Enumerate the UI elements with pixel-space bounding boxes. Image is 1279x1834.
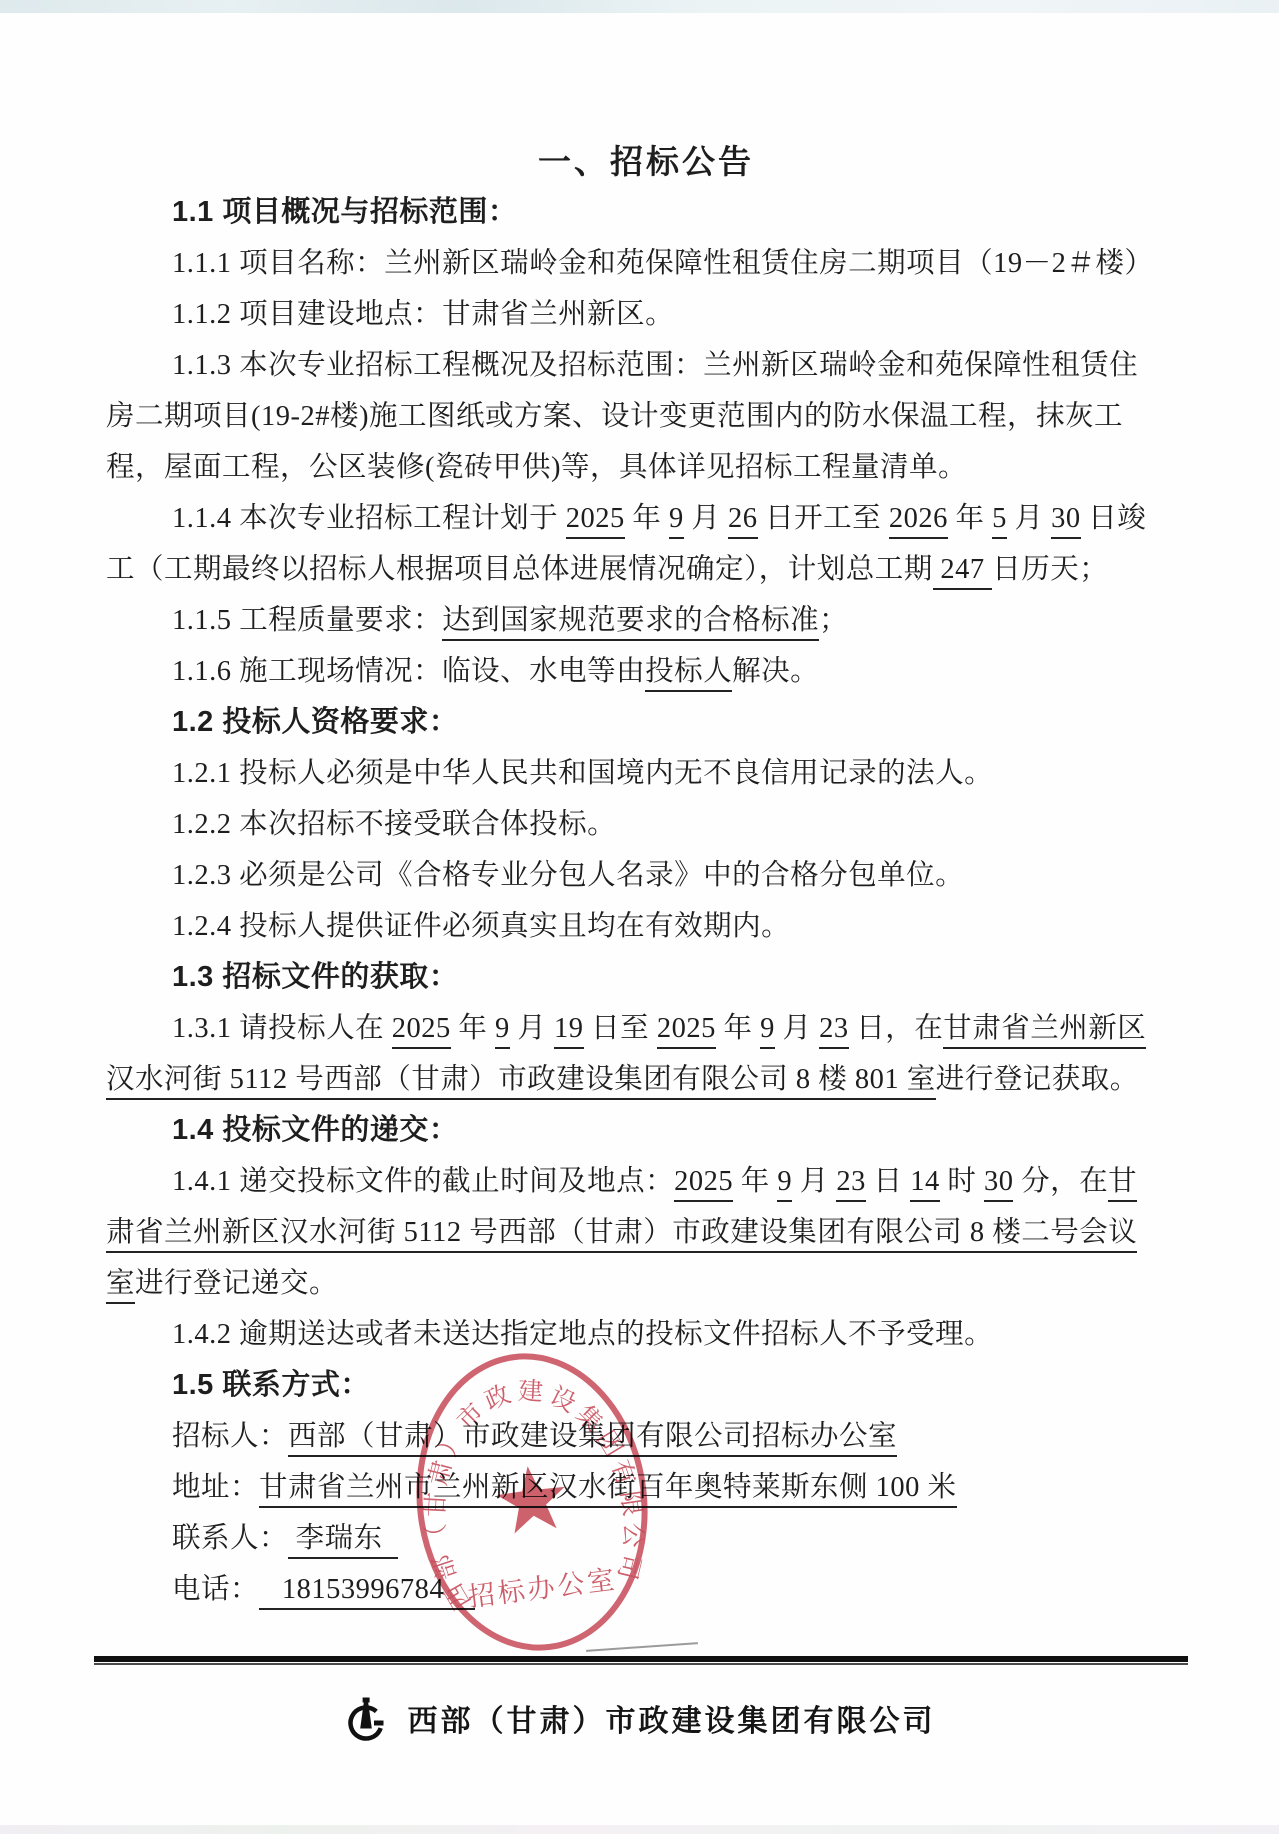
text-run: 1.4 投标文件的递交：: [172, 1114, 458, 1146]
underlined-text-run: 14: [910, 1166, 940, 1202]
doc-line: 1.3.1 请投标人在 2025 年 9 月 19 日至 2025 年 9 月 …: [106, 1003, 1186, 1054]
underlined-text-run: 2026: [889, 503, 948, 539]
text-run: 分，在: [1013, 1166, 1108, 1197]
underlined-text-run: 2025: [674, 1166, 733, 1202]
text-run: 月: [510, 1013, 554, 1044]
text-run: 日开工至: [758, 503, 889, 534]
underlined-text-run: 汉水河街 5112 号西部（甘肃）市政建设集团有限公司 8 楼 801 室: [106, 1064, 936, 1100]
text-run: 月: [792, 1166, 836, 1197]
text-run: 年: [625, 503, 669, 534]
underlined-text-run: 23: [819, 1013, 849, 1049]
text-run: 联系人：: [172, 1523, 288, 1554]
doc-line: 1.4.1 递交投标文件的截止时间及地点：2025 年 9 月 23 日 14 …: [106, 1156, 1186, 1207]
doc-line: 1.1.6 施工现场情况：临设、水电等由投标人解决。: [106, 646, 1186, 697]
doc-line: 一、招标公告: [106, 136, 1186, 187]
underlined-text-run: 9: [495, 1013, 510, 1049]
doc-line: 1.2.2 本次招标不接受联合体投标。: [106, 799, 1186, 850]
text-run: 1.2.3 必须是公司《合格专业分包人名录》中的合格分包单位。: [172, 860, 964, 891]
text-run: 房二期项目(19-2#楼)施工图纸或方案、设计变更范围内的防水保温工程，抹灰工: [106, 401, 1123, 432]
underlined-text-run: 甘肃省兰州新区: [943, 1013, 1146, 1049]
underlined-text-run: 9: [760, 1013, 775, 1049]
text-run: 1.3 招标文件的获取：: [172, 961, 458, 993]
text-run: 日竣: [1081, 503, 1147, 534]
underlined-text-run: 肃省兰州新区汉水河街 5112 号西部（甘肃）市政建设集团有限公司 8 楼二号会…: [106, 1217, 1137, 1253]
text-run: 月: [1007, 503, 1051, 534]
text-run: 1.2 投标人资格要求：: [172, 706, 458, 738]
doc-line: 1.3 招标文件的获取：: [106, 952, 1186, 1003]
text-run: 1.1.4 本次专业招标工程计划于: [172, 503, 566, 534]
text-run: 月: [775, 1013, 819, 1044]
text-run: 年: [716, 1013, 760, 1044]
footer-divider-thin-line: [94, 1663, 1188, 1665]
footer-divider-thick-line: [94, 1656, 1188, 1662]
underlined-text-run: 达到国家规范要求的合格标准: [442, 605, 819, 641]
document-body: 一、招标公告1.1 项目概况与招标范围：1.1.1 项目名称：兰州新区瑞岭金和苑…: [106, 0, 1186, 1615]
text-run: ；: [819, 605, 848, 636]
doc-line: 1.4.2 逾期送达或者未送达指定地点的投标文件招标人不予受理。: [106, 1309, 1186, 1360]
doc-line: 1.4 投标文件的递交：: [106, 1105, 1186, 1156]
doc-line: 1.5 联系方式：: [106, 1360, 1186, 1411]
text-run: 年: [948, 503, 992, 534]
doc-line: 1.1.5 工程质量要求：达到国家规范要求的合格标准；: [106, 595, 1186, 646]
page-footer: 西部（甘肃）市政建设集团有限公司: [0, 1694, 1279, 1742]
text-run: 1.5 联系方式：: [172, 1369, 370, 1401]
underlined-text-run: 26: [728, 503, 758, 539]
doc-line: 1.1.4 本次专业招标工程计划于 2025 年 9 月 26 日开工至 202…: [106, 493, 1186, 544]
underlined-text-run: 2025: [657, 1013, 716, 1049]
scanned-tender-page: 一、招标公告1.1 项目概况与招标范围：1.1.1 项目名称：兰州新区瑞岭金和苑…: [0, 0, 1279, 1834]
text-run: 1.1.3 本次专业招标工程概况及招标范围：兰州新区瑞岭金和苑保障性租赁住: [172, 350, 1138, 381]
doc-line: 1.1.2 项目建设地点：甘肃省兰州新区。: [106, 289, 1186, 340]
text-run: 地址：: [172, 1472, 259, 1503]
underlined-text-run: 19: [554, 1013, 584, 1049]
footer-divider: [94, 1656, 1188, 1666]
scan-artifact-bottom: [0, 1825, 1279, 1834]
stamp-center-label: 招标办公室: [466, 1564, 619, 1612]
text-run: 1.3.1 请投标人在: [172, 1013, 392, 1044]
text-run: 1.1.6 施工现场情况：临设、水电等由: [172, 656, 645, 687]
doc-line: 1.1.1 项目名称：兰州新区瑞岭金和苑保障性租赁住房二期项目（19－2＃楼）: [106, 238, 1186, 289]
underlined-text-run: 5: [992, 503, 1007, 539]
text-run: 1.2.1 投标人必须是中华人民共和国境内无不良信用记录的法人。: [172, 758, 993, 789]
text-run: 日，在: [849, 1013, 944, 1044]
text-run: 1.4.1 递交投标文件的截止时间及地点：: [172, 1166, 674, 1197]
text-run: 年: [451, 1013, 495, 1044]
doc-line: 1.1 项目概况与招标范围：: [106, 187, 1186, 238]
text-run: 进行登记递交。: [135, 1268, 338, 1299]
underlined-text-run: 甘: [1108, 1166, 1137, 1202]
text-run: 1.1 项目概况与招标范围：: [172, 196, 517, 228]
doc-line: 1.2.3 必须是公司《合格专业分包人名录》中的合格分包单位。: [106, 850, 1186, 901]
company-logo-icon: [344, 1694, 388, 1742]
doc-line: 1.1.3 本次专业招标工程概况及招标范围：兰州新区瑞岭金和苑保障性租赁住: [106, 340, 1186, 391]
text-run: 月: [684, 503, 728, 534]
text-run: 日: [866, 1166, 910, 1197]
doc-line: 程，屋面工程，公区装修(瓷砖甲供)等，具体详见招标工程量清单。: [106, 442, 1186, 493]
underlined-text-run: 2025: [566, 503, 625, 539]
text-run: 招标人：: [172, 1421, 288, 1452]
doc-line: 汉水河街 5112 号西部（甘肃）市政建设集团有限公司 8 楼 801 室进行登…: [106, 1054, 1186, 1105]
text-run: 电话：: [172, 1574, 259, 1605]
underlined-text-run: 李瑞东: [288, 1523, 398, 1559]
underlined-text-run: 23: [836, 1166, 866, 1202]
doc-line: 1.2.1 投标人必须是中华人民共和国境内无不良信用记录的法人。: [106, 748, 1186, 799]
tender-office-stamp-seal: 西部（甘肃）市政建设集团有限公司 招标办公室: [390, 1334, 674, 1670]
text-run: 一、招标公告: [538, 143, 754, 180]
underlined-text-run: 2025: [392, 1013, 451, 1049]
star-icon: [494, 1462, 570, 1535]
doc-line: 1.2.4 投标人提供证件必须真实且均在有效期内。: [106, 901, 1186, 952]
doc-line: 肃省兰州新区汉水河街 5112 号西部（甘肃）市政建设集团有限公司 8 楼二号会…: [106, 1207, 1186, 1258]
underlined-text-run: 247: [933, 554, 993, 590]
text-run: 进行登记获取。: [936, 1064, 1139, 1095]
text-run: 年: [733, 1166, 777, 1197]
footer-company-name: 西部（甘肃）市政建设集团有限公司: [408, 1696, 936, 1740]
underlined-text-run: 室: [106, 1268, 135, 1304]
underlined-text-run: 9: [777, 1166, 792, 1202]
text-run: 解决。: [732, 656, 819, 687]
text-run: 工（工期最终以招标人根据项目总体进展情况确定），计划总工期: [106, 554, 933, 585]
text-run: 日历天；: [992, 554, 1108, 585]
underlined-text-run: 30: [1051, 503, 1081, 539]
doc-line: 室进行登记递交。: [106, 1258, 1186, 1309]
doc-line: 1.2 投标人资格要求：: [106, 697, 1186, 748]
text-run: 1.1.2 项目建设地点：甘肃省兰州新区。: [172, 299, 674, 330]
text-run: 1.2.2 本次招标不接受联合体投标。: [172, 809, 616, 840]
doc-line: 工（工期最终以招标人根据项目总体进展情况确定），计划总工期 247 日历天；: [106, 544, 1186, 595]
underlined-text-run: 30: [984, 1166, 1014, 1202]
text-run: 1.1.5 工程质量要求：: [172, 605, 442, 636]
text-run: 程，屋面工程，公区装修(瓷砖甲供)等，具体详见招标工程量清单。: [106, 452, 967, 483]
doc-line: 房二期项目(19-2#楼)施工图纸或方案、设计变更范围内的防水保温工程，抹灰工: [106, 391, 1186, 442]
text-run: 日至: [584, 1013, 657, 1044]
text-run: 1.1.1 项目名称：兰州新区瑞岭金和苑保障性租赁住房二期项目（19－2＃楼）: [172, 248, 1153, 279]
underlined-text-run: 9: [669, 503, 684, 539]
underlined-text-run: 投标人: [645, 656, 732, 692]
text-run: 时: [940, 1166, 984, 1197]
text-run: 1.2.4 投标人提供证件必须真实且均在有效期内。: [172, 911, 790, 942]
